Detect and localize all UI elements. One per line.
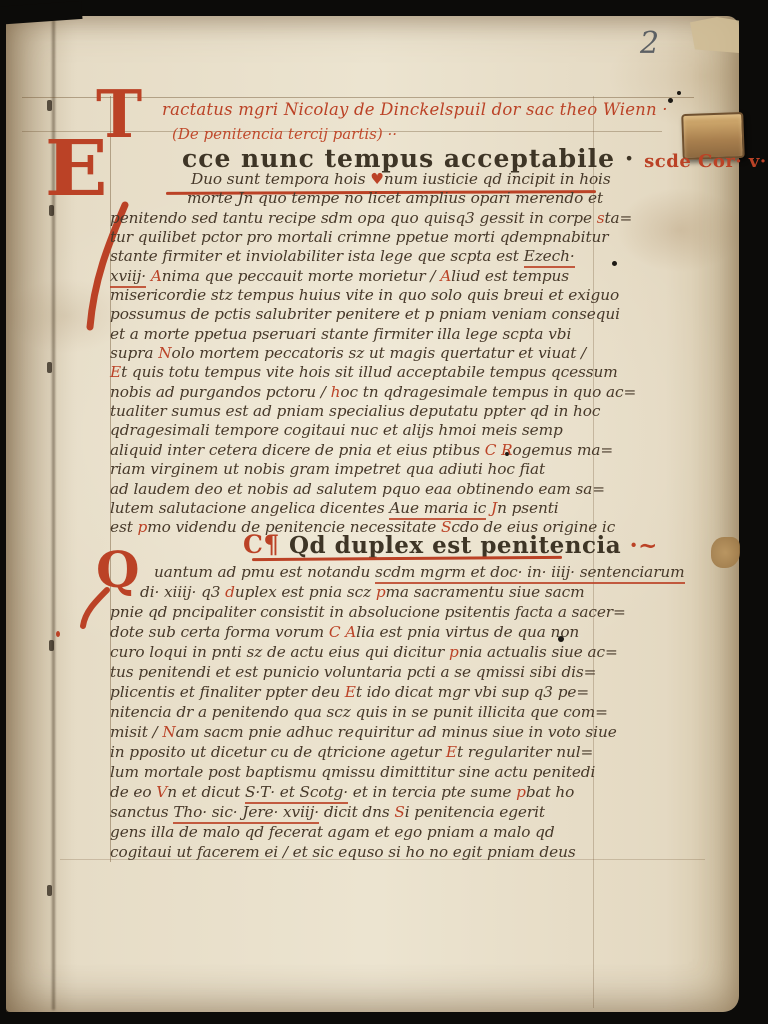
text-line: nobis ad purgandos pctoru / hoc tn qdrag… [110,383,615,402]
text-line: supra Nolo mortem peccatoris sz ut magis… [110,344,615,363]
folio-number: 2 [640,26,659,61]
incipit-title: cce nunc tempus acceptabile · [182,144,634,173]
text-line: sanctus Tho· sic· Jere· xviij· dicit dns… [110,803,615,823]
text-line: aliquid inter cetera dicere de pnia et e… [110,441,615,460]
lombard-initial-E: E [45,131,108,208]
text-line: stante firmiter et inviolabiliter ista l… [110,247,615,266]
binding-stitch [49,640,54,651]
text-line: gens illa de malo qd fecerat agam et ego… [110,823,615,843]
paragraph-1: Duo sunt tempora hois ♥num iusticie qd i… [110,170,615,538]
text-line: lutem salutacione angelica dicentes Aue … [110,499,615,518]
section-heading-text: Qd duplex est penitencia [289,532,621,559]
ink-dot [668,98,673,103]
text-line: dote sub certa forma vorum C Alia est pn… [110,623,615,643]
text-line: et a morte ppetua pseruari stante firmit… [110,325,615,344]
text-line: morte Jn quo tempe no licet amplius opar… [110,189,615,208]
text-line: di· xiiij· q3 duplex est pnia scz pma sa… [110,583,615,603]
text-line: qdragesimali tempore cogitaui nuc et ali… [110,421,615,440]
paragraph-2: uantum ad pmu est notandu scdm mgrm et d… [110,563,615,863]
text-line: curo loqui in pnti sz de actu eius qui d… [110,643,615,663]
binding-stitch [47,100,52,111]
text-line: plicentis et finaliter ppter deu Et ido … [110,683,615,703]
red-ink-dot [56,631,60,637]
text-line: uantum ad pmu est notandu scdm mgrm et d… [110,563,615,583]
paraph-mark: C¶ [243,530,289,559]
text-line: tur quilibet pctor pro mortali crimne pp… [110,228,615,247]
binding-stitch [47,362,52,373]
title-rubric-line1: ractatus mgri Nicolay de Dinckelspuil do… [162,100,668,119]
text-line: lum mortale post baptismu qmissu dimitti… [110,763,615,783]
text-line: de eo Vn et dicut S·T· et Scotg· et in t… [110,783,615,803]
text-line: ad laudem deo et nobis ad salutem pquo e… [110,480,615,499]
section-heading-tilde: ·~ [621,532,658,559]
incipit-reference: scde Cor· v· c° • [644,151,768,172]
text-line: misit / Nam sacm pnie adhuc requiritur a… [110,723,615,743]
text-line: tus penitendi et est punicio voluntaria … [110,663,615,683]
ink-dot [677,91,681,95]
text-line: possumus de pctis salubriter penitere et… [110,305,615,324]
text-line: nitencia dr a penitendo qua scz quis in … [110,703,615,723]
torn-corner [690,17,739,53]
incipit-heading: cce nunc tempus acceptabile · scde Cor· … [182,144,768,173]
text-line: in pposito ut dicetur cu de qtricione ag… [110,743,615,763]
manuscript-photo: 2 T ractatus mgri Nicolay de Dinckelspui… [0,0,768,1024]
text-line: Et quis totu tempus vite hois sit illud … [110,363,615,382]
text-line: cogitaui ut facerem ei / et sic equso si… [110,843,615,863]
text-line: xviij· Anima que peccauit morte morietur… [110,267,615,286]
edge-stain [711,537,740,568]
text-line: tualiter sumus est ad pniam specialius d… [110,402,615,421]
text-line: Duo sunt tempora hois ♥num iusticie qd i… [110,170,615,189]
section-heading: C¶ Qd duplex est penitencia ·~ [243,530,658,559]
text-line: misericordie stz tempus huius vite in qu… [110,286,615,305]
binding-stitch [47,885,52,896]
text-line: penitendo sed tantu recipe sdm opa quo q… [110,209,615,228]
text-line: pnie qd pncipaliter consistit in absoluc… [110,603,615,623]
title-rubric-line2: (De penitencia tercij partis) ·· [172,125,397,143]
text-line: riam virginem ut nobis gram impetret qua… [110,460,615,479]
